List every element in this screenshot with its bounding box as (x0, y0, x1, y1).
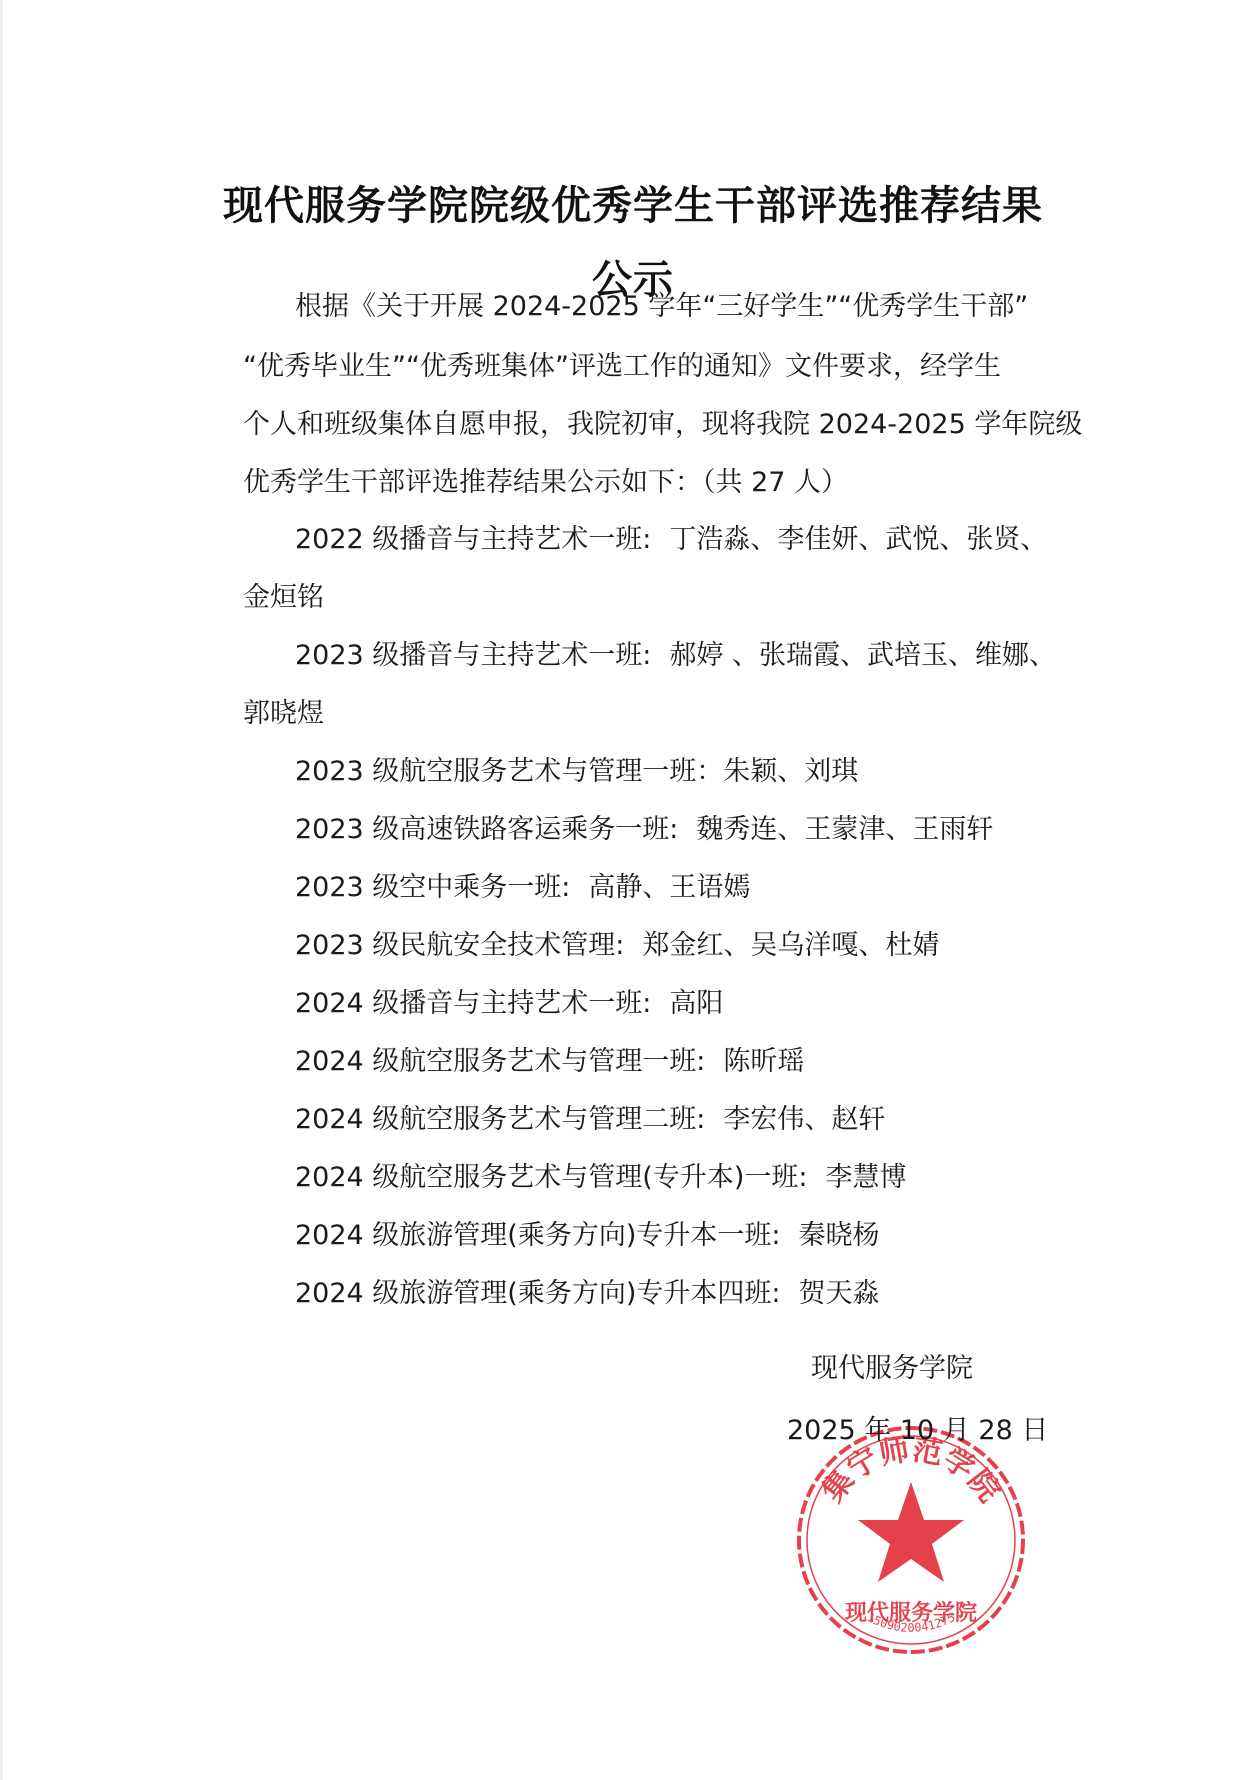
class-row: 2023 级空中乘务一班:高静、王语嫣 (295, 865, 750, 904)
class-row: 2024 级旅游管理(乘务方向)专升本四班:贺天淼 (295, 1271, 879, 1310)
class-row: 2024 级旅游管理(乘务方向)专升本一班:秦晓杨 (295, 1213, 879, 1252)
class-row: 2023 级民航安全技术管理:郑金红、吴乌洋嘎、杜婧 (295, 923, 939, 962)
class-row: 2024 级航空服务艺术与管理(专升本)一班:李慧博 (295, 1155, 906, 1194)
intro-line-4: 优秀学生干部评选推荐结果公示如下：（共 27 人） (243, 460, 848, 499)
student-names: 秦晓杨 (798, 1220, 879, 1251)
class-name: 2024 级航空服务艺术与管理一班: (295, 1046, 705, 1077)
student-names-continued: 郭晓煜 (243, 691, 324, 730)
student-names-continued: 金烜铭 (243, 575, 324, 614)
document-page: 现代服务学院院级优秀学生干部评选推荐结果 公示 根据《关于开展 2024-202… (0, 0, 1260, 1780)
class-name: 2023 级航空服务艺术与管理一班： (295, 756, 723, 787)
student-names: 贺天淼 (798, 1278, 879, 1309)
signature-org: 现代服务学院 (811, 1346, 973, 1385)
student-names: 高静、王语嫣 (588, 872, 750, 903)
student-names: 陈昕瑶 (723, 1046, 804, 1077)
class-name: 2023 级高速铁路客运乘务一班: (295, 814, 678, 845)
intro-line-3: 个人和班级集体自愿申报，我院初审，现将我院 2024-2025 学年院级 (243, 402, 1082, 441)
class-name: 2024 级航空服务艺术与管理(专升本)一班: (295, 1162, 807, 1193)
student-names: 丁浩淼、李佳妍、武悦、张贤、 (669, 524, 1047, 555)
class-row: 2023 级航空服务艺术与管理一班：朱颖、刘琪 (295, 749, 858, 788)
official-seal-icon: 集宁师范学院 现代服务学院 1509020041275 (791, 1420, 1031, 1660)
intro-line-2: “优秀毕业生”“优秀班集体”评选工作的通知》文件要求，经学生 (243, 344, 1001, 383)
class-row: 2024 级播音与主持艺术一班:高阳 (295, 981, 723, 1020)
document-title: 现代服务学院院级优秀学生干部评选推荐结果 (3, 174, 1260, 231)
class-row: 2023 级高速铁路客运乘务一班:魏秀连、王蒙津、王雨轩 (295, 807, 993, 846)
class-row: 2023 级播音与主持艺术一班:郝婷 、张瑞霞、武培玉、维娜、 (295, 633, 1056, 672)
class-name: 2024 级旅游管理(乘务方向)专升本四班: (295, 1278, 780, 1309)
class-row: 2024 级航空服务艺术与管理一班:陈昕瑶 (295, 1039, 804, 1078)
student-names: 高阳 (669, 988, 723, 1019)
class-name: 2023 级空中乘务一班: (295, 872, 570, 903)
signature-date: 2025 年 10 月 28 日 (787, 1408, 1048, 1447)
student-names: 郑金红、吴乌洋嘎、杜婧 (642, 930, 939, 961)
class-name: 2023 级民航安全技术管理: (295, 930, 624, 961)
student-names: 魏秀连、王蒙津、王雨轩 (696, 814, 993, 845)
student-names: 李宏伟、赵轩 (723, 1104, 885, 1135)
intro-line-1: 根据《关于开展 2024-2025 学年“三好学生”“优秀学生干部” (295, 284, 1028, 323)
class-name: 2024 级航空服务艺术与管理二班: (295, 1104, 705, 1135)
class-name: 2024 级播音与主持艺术一班: (295, 988, 651, 1019)
class-row: 2024 级航空服务艺术与管理二班:李宏伟、赵轩 (295, 1097, 885, 1136)
class-name: 2022 级播音与主持艺术一班: (295, 524, 651, 555)
student-names: 李慧博 (825, 1162, 906, 1193)
class-row: 2022 级播音与主持艺术一班:丁浩淼、李佳妍、武悦、张贤、 (295, 517, 1047, 556)
student-names: 郝婷 、张瑞霞、武培玉、维娜、 (669, 640, 1056, 671)
class-name: 2023 级播音与主持艺术一班: (295, 640, 651, 671)
class-name: 2024 级旅游管理(乘务方向)专升本一班: (295, 1220, 780, 1251)
student-names: 朱颖、刘琪 (723, 756, 858, 787)
